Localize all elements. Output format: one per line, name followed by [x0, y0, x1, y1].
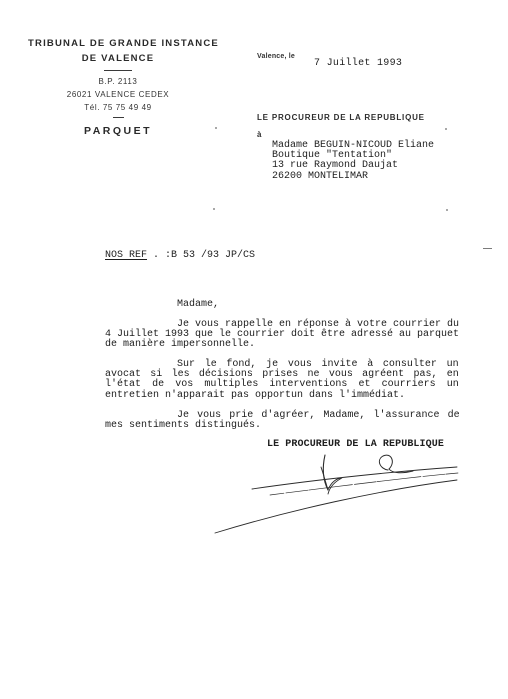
sender-title: LE PROCUREUR DE LA REPUBLIQUE	[257, 113, 425, 122]
reference-label: NOS REF	[105, 250, 147, 261]
reference-value: . :B 53 /93 JP/CS	[147, 250, 255, 261]
handwritten-signature	[200, 448, 480, 543]
salutation: Madame,	[177, 299, 219, 310]
scanned-letter-page: TRIBUNAL DE GRANDE INSTANCE DE VALENCE B…	[0, 0, 508, 699]
place-date-label: Valence, le	[257, 53, 295, 60]
court-name-line1: TRIBUNAL DE GRANDE INSTANCE	[28, 38, 208, 49]
reference-line: NOS REF. :B 53 /93 JP/CS	[105, 250, 255, 261]
letterhead-city: 26021 VALENCE CEDEX	[28, 90, 208, 99]
court-name-line2: DE VALENCE	[28, 53, 208, 64]
letterhead-po-box: B.P. 2113	[28, 77, 208, 86]
paragraph-3: Je vous prie d'agréer, Madame, l'assuran…	[105, 411, 485, 431]
margin-mark	[483, 248, 492, 249]
recipient-city: 26200 MONTELIMAR	[272, 172, 434, 182]
scan-speck	[445, 128, 447, 130]
letterhead-office: PARQUET	[28, 125, 208, 137]
paragraph-2: Sur le fond, je vous invite à consulter …	[105, 360, 485, 400]
letterhead: TRIBUNAL DE GRANDE INSTANCE DE VALENCE B…	[28, 38, 208, 137]
letterhead-phone: Tél. 75 75 49 49	[28, 103, 208, 112]
to-label: à	[257, 130, 261, 139]
scan-speck	[446, 209, 448, 211]
body-line: entretien n'apparait pas opportun dans l…	[105, 391, 485, 401]
paragraph-1: Je vous rappelle en réponse à votre cour…	[105, 320, 485, 350]
body-line: mes sentiments distingués.	[105, 421, 485, 431]
letterhead-divider-2	[113, 117, 124, 118]
letterhead-divider	[104, 70, 132, 71]
scan-speck	[213, 208, 215, 210]
body-line: de manière impersonnelle.	[105, 340, 485, 350]
scan-speck	[215, 127, 217, 129]
letter-body: Je vous rappelle en réponse à votre cour…	[105, 320, 485, 441]
letter-date: 7 Juillet 1993	[314, 58, 402, 69]
recipient-address: Madame BEGUIN-NICOUD Eliane Boutique "Te…	[272, 141, 434, 182]
